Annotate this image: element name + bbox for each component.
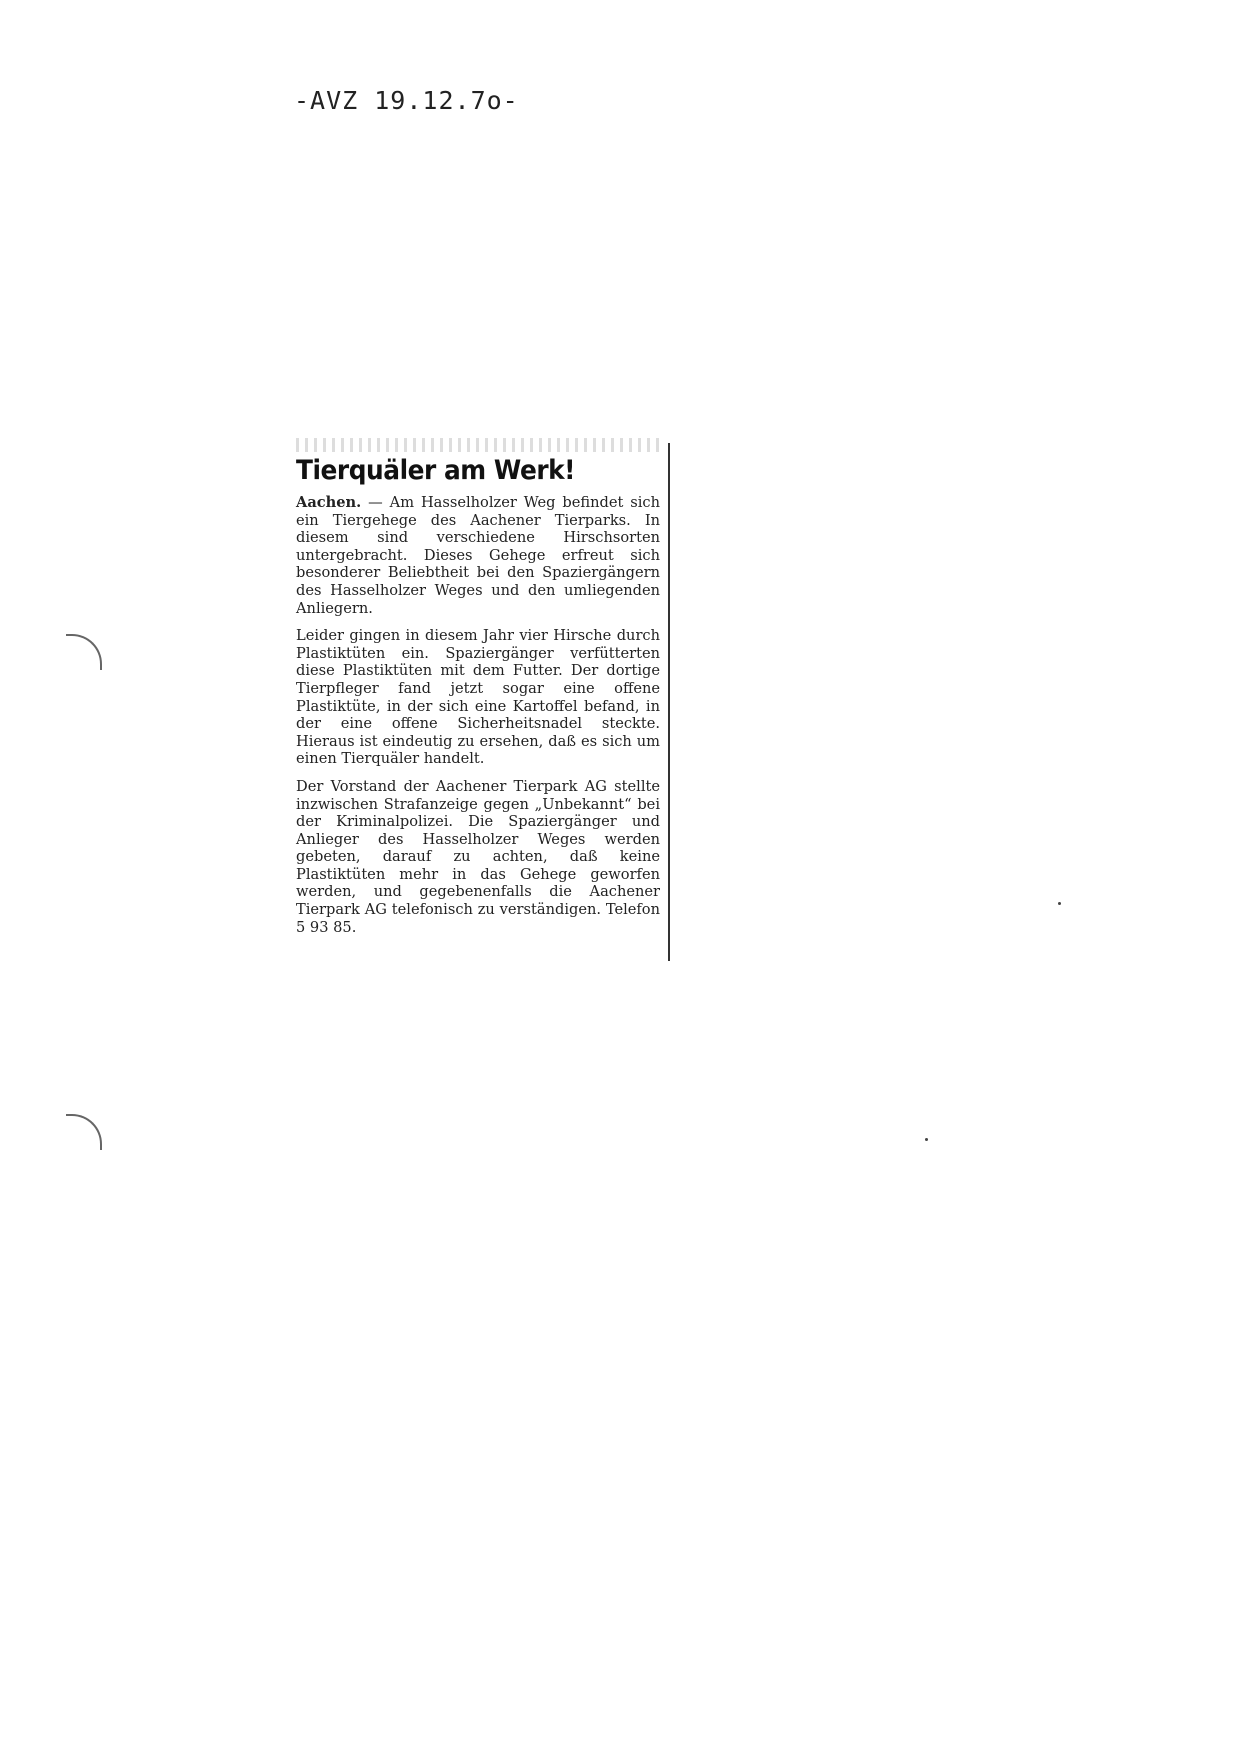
newspaper-clipping: Tierquäler am Werk! Aachen. — Am Hasselh… (296, 438, 660, 946)
clipping-edge-rule (668, 443, 670, 961)
dateline: Aachen. (296, 494, 361, 511)
speck (1058, 902, 1061, 905)
article-paragraph-2: Leider gingen in diesem Jahr vier Hirsch… (296, 627, 660, 768)
archive-stamp: -AVZ 19.12.7o- (294, 86, 519, 115)
speck (925, 1138, 928, 1141)
article-paragraph-3: Der Vorstand der Aachener Tierpark AG st… (296, 778, 660, 936)
clipping-noise (296, 438, 660, 452)
punch-hole-mark-bottom (66, 1114, 102, 1150)
article-headline: Tierquäler am Werk! (296, 454, 631, 488)
punch-hole-mark-top (66, 634, 102, 670)
article-paragraph-1: Aachen. — Am Hasselholzer Weg befindet s… (296, 494, 660, 617)
